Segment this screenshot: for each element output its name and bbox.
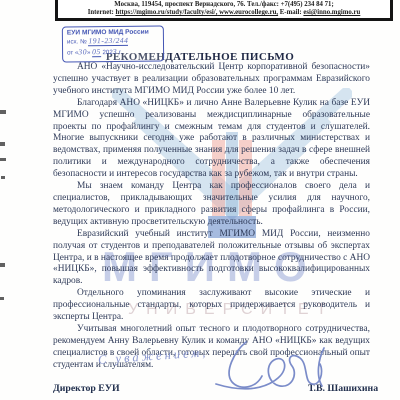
letterhead-email: esi@inno.mgimo.ru [303, 9, 360, 16]
ref-label: исх. № [67, 38, 89, 45]
letterhead-url-1: https://mgimo.ru/study/faculty/esi/, [115, 9, 217, 16]
scan-artifact [0, 142, 5, 146]
letterhead-address: Москва, 119454, проспект Вернадского, 76… [58, 1, 390, 9]
signer-position: Директор ЕУИ [53, 383, 120, 394]
scan-artifact [0, 110, 6, 114]
letter-body: АНО «Научно-исследовательский Центр корп… [53, 62, 370, 372]
stamp-date: от «30» 05 2023 г. [67, 46, 159, 57]
date-g-label: г. [117, 48, 122, 55]
internet-label: Internet: [88, 9, 116, 16]
scan-artifact [0, 158, 6, 161]
ref-value-handwritten: 191-23/244 [88, 36, 128, 45]
signature-flourish [212, 338, 352, 396]
scan-artifact [0, 297, 4, 300]
paragraph-3: Мы знаем команду Центра как профессионал… [53, 181, 370, 229]
date-month-handwritten: 05 [92, 47, 101, 56]
scan-artifact [0, 263, 5, 267]
date-year-printed: 202 [101, 49, 113, 56]
registration-stamp: ЕУИ МГИМО МИД России исх. № 191-23/244 о… [62, 25, 164, 62]
paragraph-1: АНО «Научно-исследовательский Центр корп… [53, 62, 370, 98]
date-prefix: от « [67, 49, 78, 56]
date-day-handwritten: 30 [78, 47, 87, 56]
letterhead-box: Москва, 119454, проспект Вернадского, 76… [55, 0, 393, 21]
letterhead-url-2: www.eurocollege.ru, [217, 9, 278, 16]
scanned-letter-page: МГИМО УНИВЕРСИТЕТ Москва, 119454, проспе… [0, 0, 400, 400]
email-label: E-mail: [278, 9, 303, 16]
paragraph-4: Евразийский учебный институт МГИМО МИД Р… [53, 229, 370, 289]
paragraph-5: Отдельного упоминания заслуживают высоки… [53, 288, 370, 324]
scan-artifact [1, 176, 5, 179]
paragraph-2: Благодаря АНО «НИЦКБ» и лично Анне Валер… [53, 98, 370, 181]
letterhead-contacts: Internet: https://mgimo.ru/study/faculty… [58, 9, 390, 17]
